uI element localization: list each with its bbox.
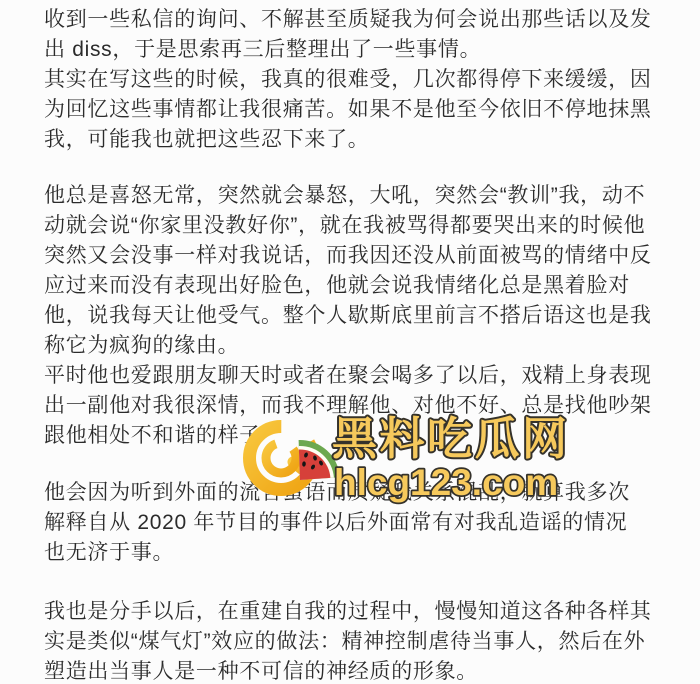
text-line: 他，说我每天让他受气。整个人歇斯底里前言不搭后语这也是我 xyxy=(44,301,684,331)
text-line: 他会因为听到外面的流言蜚语而质疑我关系混乱，就算我多次 xyxy=(44,478,684,508)
text-line: 动就会说“你家里没教好你”，就在我被骂得都要哭出来的时候他 xyxy=(44,211,684,241)
paragraph-4: 我也是分手以后，在重建自我的过程中，慢慢知道这各种各样其 实是类似“煤气灯”效应… xyxy=(44,597,684,684)
text-line: 实是类似“煤气灯”效应的做法：精神控制虐待当事人，然后在外 xyxy=(44,627,684,657)
text-line: 为回忆这些事情都让我很痛苦。如果不是他至今依旧不停地抹黑 xyxy=(44,95,684,125)
text-line: 收到一些私信的询问、不解甚至质疑我为何会说出那些话以及发 xyxy=(44,5,684,35)
text-line: 平时他也爱跟朋友聊天时或者在聚会喝多了以后，戏精上身表现 xyxy=(44,361,684,391)
text-line: 称它为疯狗的缘由。 xyxy=(44,331,684,361)
text-line: 出 diss，于是思索再三后整理出了一些事情。 xyxy=(44,35,684,65)
text-line: 突然又会没事一样对我说话，而我因还没从前面被骂的情绪中反 xyxy=(44,241,684,271)
text-line: 他总是喜怒无常，突然就会暴怒，大吼，突然会“教训”我，动不 xyxy=(44,181,684,211)
text-line: 跟他相处不和谐的样子 xyxy=(44,421,684,451)
text-line: 应过来而没有表现出好脸色，他就会说我情绪化总是黑着脸对 xyxy=(44,271,684,301)
text-line: 我，可能我也就把这些忍下来了。 xyxy=(44,125,684,155)
text-line: 我也是分手以后，在重建自我的过程中，慢慢知道这各种各样其 xyxy=(44,597,684,627)
paragraph-2: 他总是喜怒无常，突然就会暴怒，大吼，突然会“教训”我，动不 动就会说“你家里没教… xyxy=(44,181,684,451)
text-line: 解释自从 2020 年节目的事件以后外面常有对我乱造谣的情况 xyxy=(44,508,684,538)
text-line: 出一副他对我很深情，而我不理解他、对他不好、总是找他吵架 xyxy=(44,391,684,421)
watermelon-seeds xyxy=(302,452,324,470)
text-line: 塑造出当事人是一种不可信的神经质的形象。 xyxy=(44,657,684,684)
paragraph-3: 他会因为听到外面的流言蜚语而质疑我关系混乱，就算我多次 解释自从 2020 年节… xyxy=(44,478,684,568)
text-line: 也无济于事。 xyxy=(44,538,684,568)
paragraph-1: 收到一些私信的询问、不解甚至质疑我为何会说出那些话以及发 出 diss，于是思索… xyxy=(44,5,684,155)
post-screenshot: 收到一些私信的询问、不解甚至质疑我为何会说出那些话以及发 出 diss，于是思索… xyxy=(0,0,700,684)
text-line: 其实在写这些的时候，我真的很难受，几次都得停下来缓缓，因 xyxy=(44,65,684,95)
